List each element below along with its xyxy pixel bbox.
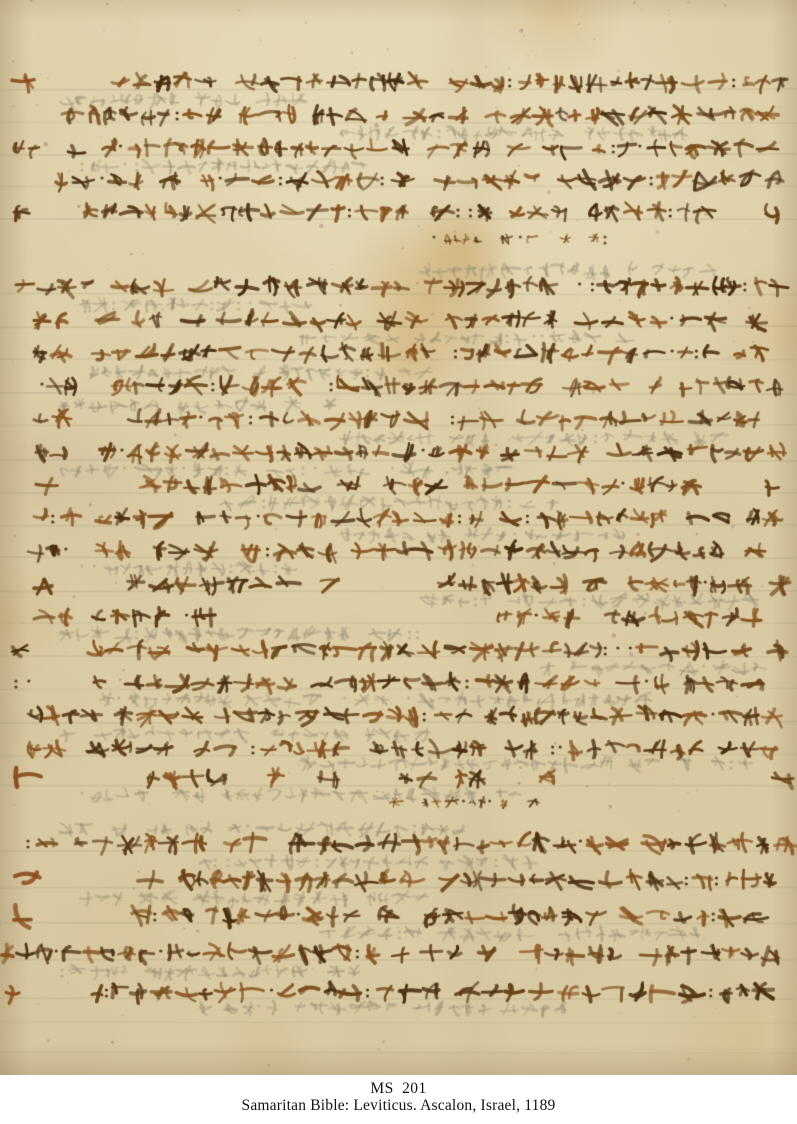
- catalog-plate: MS 201 Samaritan Bible: Leviticus. Ascal…: [0, 0, 797, 1124]
- caption-block: MS 201 Samaritan Bible: Leviticus. Ascal…: [0, 1075, 797, 1124]
- caption-title: Samaritan Bible: Leviticus. Ascalon, Isr…: [0, 1097, 797, 1114]
- manuscript-photo: [0, 0, 797, 1075]
- caption-shelfmark: MS 201: [0, 1075, 797, 1097]
- parchment-page-canvas: [0, 0, 797, 1075]
